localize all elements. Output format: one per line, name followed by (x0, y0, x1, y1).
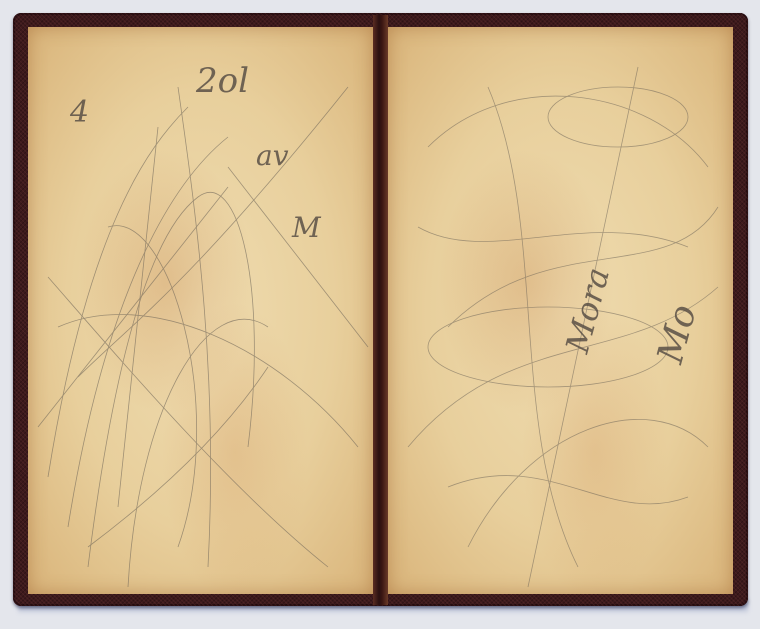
pencil-note: M (292, 211, 321, 244)
pencil-note: av (256, 139, 289, 172)
left-inside-cover: 4 2ol av M (28, 27, 373, 594)
pencil-note: 4 (70, 95, 89, 130)
right-inside-cover: Mora Mo (388, 27, 733, 594)
pencil-note: 2ol (196, 61, 249, 101)
book-spine (373, 15, 388, 605)
